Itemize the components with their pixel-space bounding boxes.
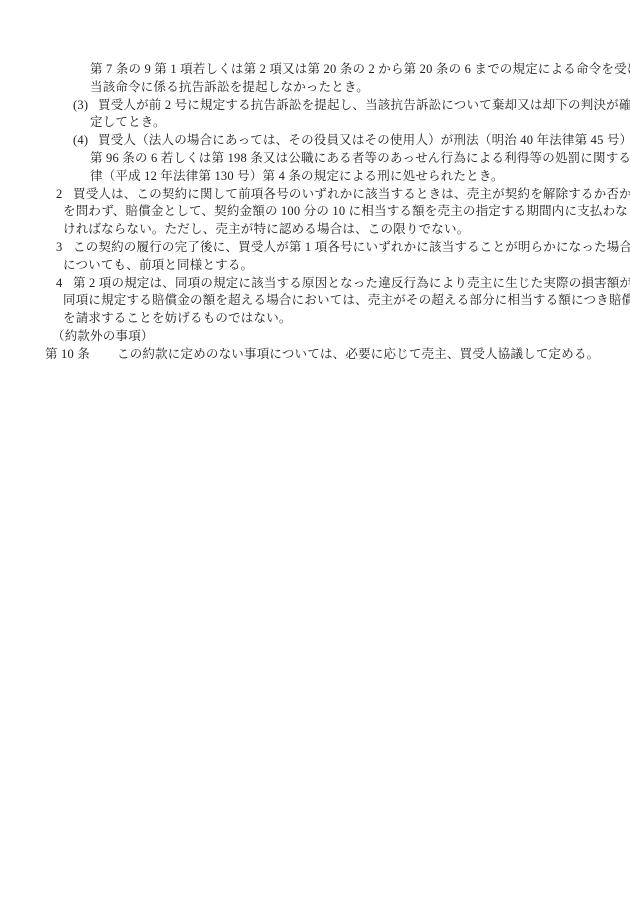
item-4-marker: (4) [73, 132, 98, 150]
clause-line-continuation: 第 7 条の 9 第 1 項若しくは第 2 項又は第 20 条の 2 から第 2… [0, 61, 630, 79]
paragraph-3-line: 3この契約の履行の完了後に、買受人が第 1 項各号にいずれかに該当することが明ら… [0, 239, 630, 257]
paragraph-2-number: 2 [56, 186, 73, 204]
paragraph-4-text: 第 2 項の規定は、同項の規定に該当する原因となった違反行為により売主に生じた実… [73, 276, 630, 290]
paragraph-4-line: 4第 2 項の規定は、同項の規定に該当する原因となった違反行為により売主に生じた… [0, 275, 630, 293]
clause-line-continuation: 当該命令に係る抗告訴訟を提起しなかったとき。 [0, 79, 630, 97]
paragraph-continuation: ければならない。ただし、売主が特に認める場合は、この限りでない。 [0, 221, 630, 239]
article-10-line: 第 10 条この約款に定めのない事項については、必要に応じて売主、買受人協議して… [0, 346, 630, 364]
article-10-text: この約款に定めのない事項については、必要に応じて売主、買受人協議して定める。 [117, 347, 599, 361]
item-3-text: 買受人が前 2 号に規定する抗告訴訟を提起し、当該抗告訴訟について棄却又は却下の… [98, 98, 630, 112]
section-heading: （約款外の事項） [0, 328, 630, 346]
paragraph-continuation: についても、前項と同様とする。 [0, 257, 630, 275]
clause-line-continuation: 律（平成 12 年法律第 130 号）第 4 条の規定による刑に処せられたとき。 [0, 168, 630, 186]
paragraph-3-number: 3 [56, 239, 73, 257]
item-4-text: 買受人（法人の場合にあっては、その役員又はその使用人）が刑法（明治 40 年法律… [98, 133, 630, 147]
paragraph-continuation: を請求することを妨げるものではない。 [0, 310, 630, 328]
clause-line-continuation: 第 96 条の 6 若しくは第 198 条又は公職にある者等のあっせん行為による… [0, 150, 630, 168]
document-page: 第 7 条の 9 第 1 項若しくは第 2 項又は第 20 条の 2 から第 2… [0, 0, 630, 903]
paragraph-3-text: この契約の履行の完了後に、買受人が第 1 項各号にいずれかに該当することが明らか… [73, 240, 630, 254]
item-4-line: (4)買受人（法人の場合にあっては、その役員又はその使用人）が刑法（明治 40 … [0, 132, 630, 150]
item-3-marker: (3) [73, 97, 98, 115]
paragraph-continuation: を問わず、賠償金として、契約金額の 100 分の 10 に相当する額を売主の指定… [0, 203, 630, 221]
article-10-number: 第 10 条 [45, 346, 117, 364]
item-3-line: (3)買受人が前 2 号に規定する抗告訴訟を提起し、当該抗告訴訟について棄却又は… [0, 97, 630, 115]
paragraph-2-line: 2買受人は、この契約に関して前項各号のいずれかに該当するときは、売主が契約を解除… [0, 186, 630, 204]
clause-line-continuation: 定してとき。 [0, 114, 630, 132]
paragraph-continuation: 同項に規定する賠償金の額を超える場合においては、売主がその超える部分に相当する額… [0, 292, 630, 310]
paragraph-4-number: 4 [56, 275, 73, 293]
paragraph-2-text: 買受人は、この契約に関して前項各号のいずれかに該当するときは、売主が契約を解除す… [73, 187, 630, 201]
